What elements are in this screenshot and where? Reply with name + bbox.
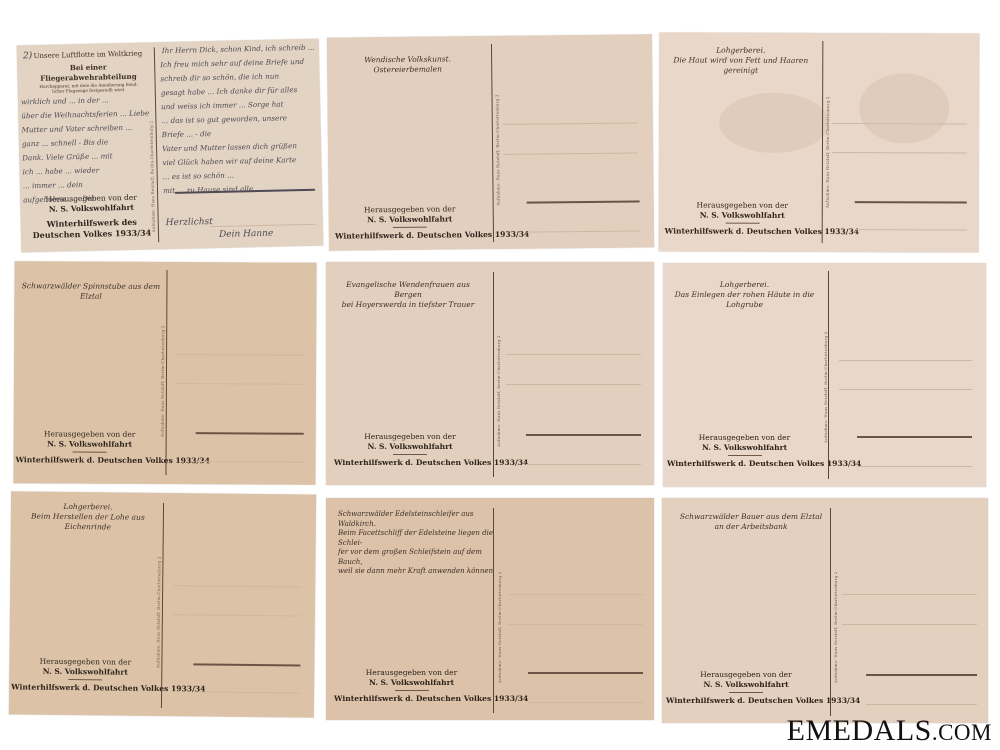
publisher-block: Herausgegeben von der N. S. Volkswohlfah… <box>334 432 486 468</box>
address-line <box>211 224 316 227</box>
publisher-line: Herausgegeben von der <box>334 432 486 442</box>
photographer-imprint: Aufnahme: Hans Retzlaff, Berlin-Charlott… <box>823 313 828 443</box>
caption-line: Evangelische Wendenfrauen aus Bergen <box>334 280 482 300</box>
series-line: Winterhilfswerk d. Deutschen Volkes 1933… <box>334 458 486 468</box>
address-line <box>842 594 977 595</box>
photographer-imprint: Aufnahme: Hans Retzlaff, Berlin-Charlott… <box>494 76 500 206</box>
publisher-line: Herausgegeben von der <box>667 433 822 443</box>
address-line <box>503 122 638 124</box>
card-divider <box>165 270 167 475</box>
photographer-imprint: Aufnahme: Hans Retzlaff, Berlin-Charlott… <box>833 553 838 683</box>
card-divider <box>491 44 494 242</box>
rule-divider <box>73 452 107 453</box>
publisher-block: Herausgegeben von der N. S. Volkswohlfah… <box>334 668 489 704</box>
photographer-imprint: Aufnahme: Hans Retzlaff, Berlin-Charlott… <box>497 553 502 683</box>
card-divider <box>830 508 831 716</box>
postcard-3: Lohgerberei. Die Haut wird von Fett und … <box>659 32 980 252</box>
address-line <box>508 594 643 595</box>
postcard-7: Lohgerberei. Beim Herstellen der Lohe au… <box>9 491 316 717</box>
series-line: Winterhilfswerk d. Deutschen Volkes 1933… <box>11 682 159 694</box>
address-line <box>506 354 641 355</box>
address-line <box>508 624 643 625</box>
rule-divider <box>68 679 102 680</box>
caption-line: Schwarzwälder Bauer aus dem Elztal <box>676 512 826 522</box>
series-line: Winterhilfswerk d. Deutschen Volkes 1933… <box>334 694 489 704</box>
publisher-line: Herausgegeben von der <box>665 200 820 211</box>
signature: Dein Hanne <box>219 228 274 243</box>
publisher-name: N. S. Volkswohlfahrt <box>667 443 822 453</box>
card-caption: Unsere Luftflotte im Weltkrieg Bei einer… <box>23 48 154 94</box>
address-line <box>839 389 972 390</box>
address-line <box>866 704 977 705</box>
publisher-block: Herausgegeben von der N. S. Volkswohlfah… <box>667 433 822 469</box>
address-line <box>855 201 967 203</box>
address-line <box>832 123 967 124</box>
publisher-block: Herausgegeben von der N. S. Volkswohlfah… <box>665 200 820 237</box>
address-line <box>832 152 967 153</box>
caption-line: an der Arbeitsbank <box>676 522 826 532</box>
rule-divider <box>393 454 427 455</box>
caption-line: Unsere Luftflotte im Weltkrieg <box>23 48 153 61</box>
address-line <box>857 436 972 438</box>
card-divider <box>161 503 164 708</box>
handwritten-message: Ihr Herrn Dick, schon Kind, ich schreib … <box>17 39 319 46</box>
address-line <box>842 624 977 625</box>
card-divider <box>493 272 494 477</box>
publisher-block: Herausgegeben von der N. S. Volkswohlfah… <box>666 670 826 706</box>
caption-line: Wendische Volkskunst. Ostereierbemalen <box>335 54 480 76</box>
watermark-domain: .COM <box>932 720 992 745</box>
publisher-line: Herausgegeben von der <box>666 670 826 680</box>
card-caption: Evangelische Wendenfrauen aus Bergen bei… <box>334 280 482 310</box>
address-line <box>196 461 304 463</box>
caption-line: Beim Herstellen der Lohe aus Eichenrinde <box>17 511 159 532</box>
address-line <box>528 672 643 674</box>
card-divider <box>828 271 829 479</box>
rule-divider <box>728 455 762 456</box>
caption-line: Lohgerberei. <box>663 45 818 56</box>
photographer-imprint: Aufnahme: Hans Retzlaff, Berlin-Charlott… <box>825 78 830 208</box>
publisher-name: N. S. Volkswohlfahrt <box>334 442 486 452</box>
address-line <box>526 434 641 436</box>
address-line <box>193 691 300 693</box>
address-line <box>193 663 300 666</box>
card-caption: Schwarzwälder Spinnstube aus dem Elztal <box>18 281 163 302</box>
postcard-1: 2) Unsere Luftflotte im Weltkrieg Bei ei… <box>17 39 324 253</box>
photographer-imprint: Aufnahme: Hans Retzlaff, Berlin-Charlott… <box>496 317 501 447</box>
card-divider <box>822 41 824 243</box>
series-line: Winterhilfswerk d. Deutschen Volkes 1933… <box>666 696 826 706</box>
publisher-name: N. S. Volkswohlfahrt <box>335 214 485 226</box>
card-divider <box>493 508 494 713</box>
publisher-name: N. S. Volkswohlfahrt <box>666 680 826 690</box>
address-line <box>506 384 641 385</box>
card-caption: Lohgerberei. Beim Herstellen der Lohe au… <box>17 501 159 532</box>
rule-divider <box>393 227 427 228</box>
caption-line: Schwarzwälder Spinnstube aus dem Elztal <box>18 281 163 302</box>
caption-line: Lohgerberei. <box>667 280 822 290</box>
caption-line: Beim Facettschliff der Edelsteine liegen… <box>338 529 498 548</box>
address-line <box>173 585 301 587</box>
photographer-imprint: Aufnahme: Hans Retzlaff, Berlin-Charlott… <box>160 307 166 437</box>
address-line <box>176 383 304 385</box>
emedals-watermark: EMEDALS.COM <box>787 714 992 748</box>
caption-line: Die Haut wird von Fett und Haaren gerein… <box>663 55 818 76</box>
caption-line: fer vor dem großen Schleifstein auf dem … <box>338 548 498 567</box>
address-line <box>839 360 972 361</box>
series-line: Winterhilfswerk d. Deutschen Volkes 1933… <box>16 455 164 466</box>
rule-divider <box>395 690 429 691</box>
address-line <box>176 354 304 356</box>
address-line <box>503 152 638 154</box>
postcard-4: Schwarzwälder Spinnstube aus dem Elztal … <box>13 261 316 485</box>
card-caption: Lohgerberei. Das Einlegen der rohen Häut… <box>667 280 822 310</box>
publisher-block: Herausgegeben von der N. S. Volkswohlfah… <box>16 429 164 466</box>
caption-line: Das Einlegen der rohen Häute in die Lohg… <box>667 290 822 310</box>
caption-line: weil sie dann mehr Kraft anwenden können <box>338 567 498 577</box>
postcard-2: Wendische Volkskunst. Ostereierbemalen H… <box>327 34 654 250</box>
address-line <box>528 702 643 703</box>
publisher-name: N. S. Volkswohlfahrt <box>16 439 164 450</box>
address-line <box>526 464 641 465</box>
series-line: Winterhilfswerk des Deutschen Volkes 193… <box>25 216 159 241</box>
card-caption: Schwarzwälder Bauer aus dem Elztal an de… <box>676 512 826 532</box>
address-line <box>527 230 640 232</box>
publisher-name: N. S. Volkswohlfahrt <box>665 210 820 221</box>
address-line <box>173 614 301 616</box>
series-line: Winterhilfswerk d. Deutschen Volkes 1933… <box>665 226 820 237</box>
publisher-block: Herausgegeben von der N. S. Volkswohlfah… <box>11 656 159 694</box>
publisher-line: Herausgegeben von der <box>334 668 489 678</box>
publisher-name: N. S. Volkswohlfahrt <box>11 666 159 678</box>
publisher-block: Herausgegeben von der N. S. Volkswohlfah… <box>335 204 485 242</box>
watermark-brand: EMEDALS <box>787 714 932 747</box>
publisher-name: N. S. Volkswohlfahrt <box>334 678 489 688</box>
address-line <box>196 432 304 434</box>
postcard-6: Lohgerberei. Das Einlegen der rohen Häut… <box>663 263 986 487</box>
postcard-9: Schwarzwälder Bauer aus dem Elztal an de… <box>662 498 988 723</box>
address-line <box>527 200 640 203</box>
rule-divider <box>729 692 763 693</box>
postcard-8: Schwarzwälder Edelsteinschleifer aus Wal… <box>326 498 654 720</box>
rule-divider <box>725 223 759 224</box>
address-line <box>866 674 977 676</box>
card-caption: Lohgerberei. Die Haut wird von Fett und … <box>663 45 818 76</box>
series-line: Winterhilfswerk d. Deutschen Volkes 1933… <box>667 459 822 469</box>
series-line: Winterhilfswerk d. Deutschen Volkes 1933… <box>335 230 485 242</box>
address-line <box>855 229 967 230</box>
card-caption: Schwarzwälder Edelsteinschleifer aus Wal… <box>338 510 498 577</box>
caption-line: bei Hoyerswerda in tiefster Trauer <box>334 300 482 310</box>
card-caption: Wendische Volkskunst. Ostereierbemalen <box>335 54 480 76</box>
caption-line: Schwarzwälder Edelsteinschleifer aus Wal… <box>338 510 498 529</box>
postcard-5: Evangelische Wendenfrauen aus Bergen bei… <box>326 262 654 485</box>
address-line <box>857 466 972 467</box>
